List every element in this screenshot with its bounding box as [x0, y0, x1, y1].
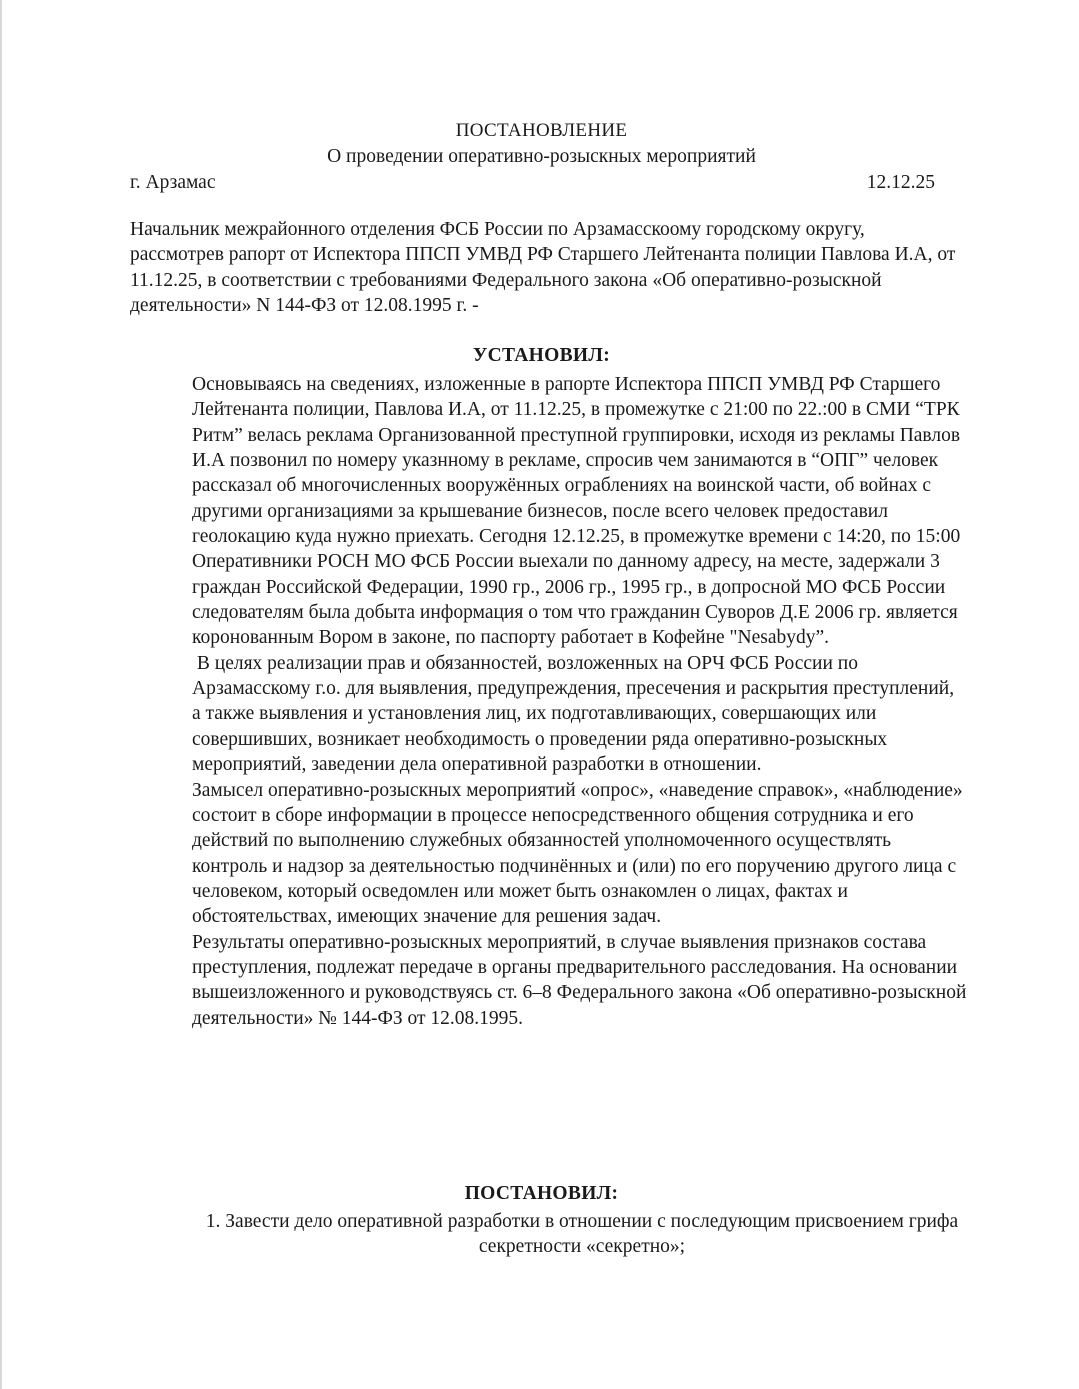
- intro-paragraph: Начальник межрайонного отделения ФСБ Рос…: [130, 217, 960, 319]
- document-page: ПОСТАНОВЛЕНИЕ О проведении оперативно-ро…: [2, 0, 1079, 1389]
- established-paragraph: Основываясь на сведениях, изложенные в р…: [192, 372, 967, 651]
- established-paragraph: Результаты оперативно-розыскных мероприя…: [192, 930, 967, 1031]
- document-date: 12.12.25: [867, 170, 935, 196]
- document-place: г. Арзамас: [130, 170, 216, 196]
- document-title: ПОСТАНОВЛЕНИЕ: [2, 118, 1079, 144]
- intro-text: Начальник межрайонного отделения ФСБ Рос…: [130, 217, 960, 319]
- established-paragraph: В целях реализации прав и обязанностей, …: [192, 651, 967, 778]
- established-heading: УСТАНОВИЛ:: [2, 343, 1079, 369]
- document-subtitle: О проведении оперативно-розыскных меропр…: [2, 144, 1079, 170]
- resolved-heading: ПОСТАНОВИЛ:: [2, 1181, 1079, 1207]
- established-paragraph: Замысел оперативно-розыскных мероприятий…: [192, 778, 967, 930]
- established-body: Основываясь на сведениях, изложенные в р…: [192, 372, 967, 1031]
- resolution-list: 1. Завести дело оперативной разработки в…: [202, 1209, 962, 1260]
- resolution-item: 1. Завести дело оперативной разработки в…: [202, 1209, 962, 1260]
